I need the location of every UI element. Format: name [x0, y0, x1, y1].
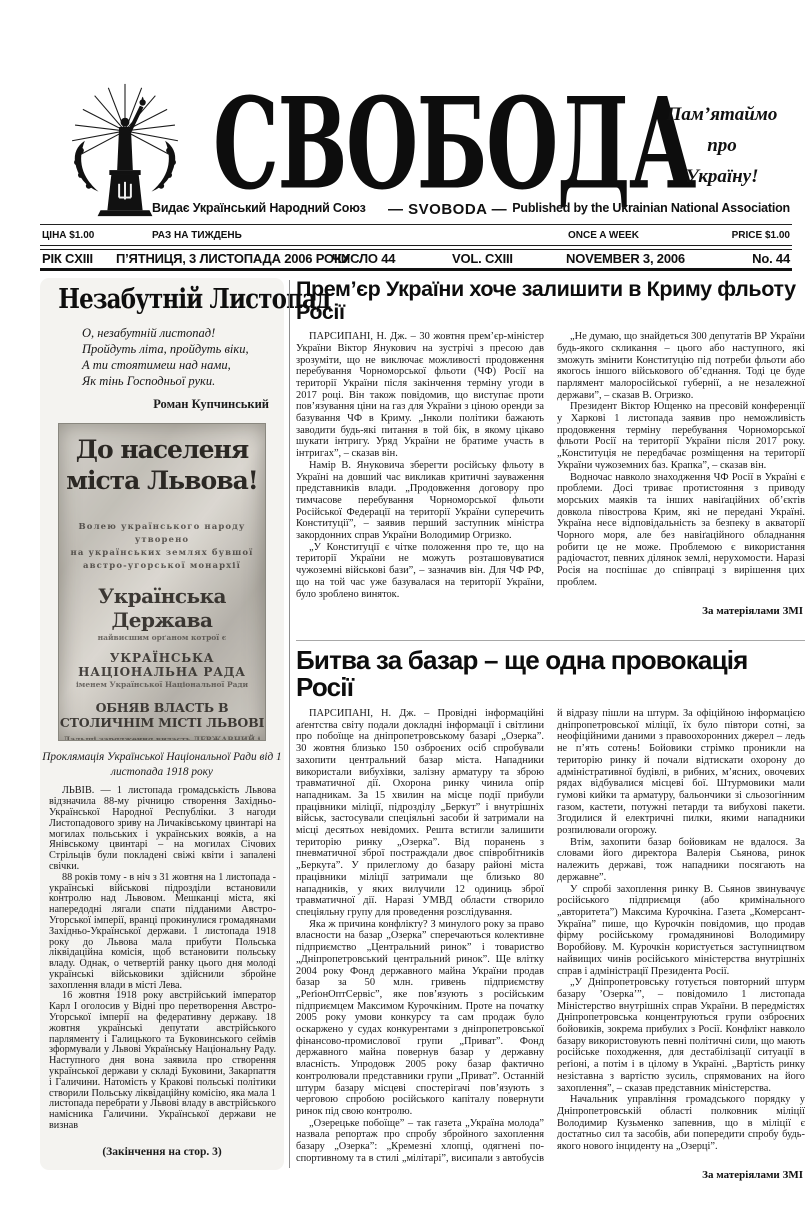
poster-text-line: найвисшим орґаном котрої є — [59, 632, 265, 645]
paragraph: ЛЬВІВ. — 1 листопада громадськість Львов… — [49, 786, 276, 872]
poster-text-line: на українських землях бувшої — [59, 547, 265, 560]
paragraph: Яка ж причина конфлікту? З минулого року… — [296, 919, 544, 1118]
poster-text-line: австро-угорської монархії — [59, 560, 265, 573]
poster-text-line: Волею українського народу утворено — [59, 521, 265, 547]
publisher-ukrainian: Видає Український Народний Союз — [152, 201, 366, 215]
publisher-english: Published by the Ukrainian National Asso… — [512, 201, 790, 215]
poster-text-line: УКРАЇНСЬКА НАЦІОНАЛЬНА РАДА — [59, 651, 265, 679]
poster-text-line: Українська Держава — [59, 584, 265, 632]
paragraph: Начальник управління громадського порядк… — [557, 1094, 805, 1153]
poem-line: А ти стоятимеш над нами, — [82, 357, 284, 373]
poster-text-line: міста Львова! — [59, 467, 265, 496]
article-bazaar-provocation: Битва за базар – ще одна провокація Росі… — [296, 640, 805, 1181]
rule-top — [40, 224, 792, 225]
poster-text-line: Дальші зарядження видасть ДЕРЖАВНИЙ і МІ… — [59, 734, 265, 741]
paragraph: „У Конституції є чітке положення про те,… — [296, 542, 544, 601]
poem-line: Як тінь Господньої руки. — [82, 373, 284, 389]
rule-double — [40, 245, 792, 250]
volume-ukrainian: РІК CXIII — [42, 251, 93, 266]
date-english: NOVEMBER 3, 2006 — [566, 251, 685, 266]
left-article-body: ЛЬВІВ. — 1 листопада громадськість Львов… — [49, 786, 276, 1132]
price-ukrainian: ЦІНА $1.00 — [42, 230, 94, 241]
column-divider — [289, 280, 290, 1168]
article-fleet-crimea: Прем’єр України хоче залишити в Криму фл… — [296, 278, 805, 617]
newspaper-title: СВОБОДА — [213, 82, 695, 207]
date-ukrainian: П’ЯТНИЦЯ, 3 ЛИСТОПАДА 2006 РОКУ — [116, 251, 350, 266]
issue-english: No. 44 — [752, 251, 790, 266]
paragraph: 16 жовтня 1918 року австрійський імперат… — [49, 991, 276, 1131]
paragraph: „Не думаю, що знайдеться 300 депутатів В… — [557, 331, 805, 401]
paragraph: ПАРСИПАНІ, Н. Дж. – 30 жовтня прем’єр-мі… — [296, 331, 544, 460]
article2-body: ПАРСИПАНІ, Н. Дж. – Провідні інформаційн… — [296, 708, 805, 1164]
continued-on-page-note: (Закінчення на стор. 3) — [40, 1146, 284, 1158]
volume-english: VOL. CXIII — [452, 251, 513, 266]
frequency-english: ONCE A WEEK — [568, 230, 639, 241]
newspaper-title-latin: — SVOBODA — — [388, 201, 507, 218]
poem-line: Пройдуть літа, пройдуть віки, — [82, 341, 284, 357]
poem: О, незабутній листопад!Пройдуть літа, пр… — [82, 325, 284, 389]
paragraph: „У Дніпропетровську готується повторний … — [557, 977, 805, 1094]
paragraph: Президент Віктор Ющенко на пресовій конф… — [557, 401, 805, 471]
paragraph: У спробі захоплення ринку В. Сьянов звин… — [557, 884, 805, 978]
article1-source-byline: За матеріялами ЗМІ — [296, 605, 805, 617]
newspaper-front-page: СВОБОДА Пам’ятаймопроУкраїну! Видає Укра… — [0, 0, 810, 1215]
paragraph: Намір В. Януковича зберегти російську фл… — [296, 460, 544, 542]
poster-text-line: ОБНЯВ ВЛАСТЬ В СТОЛИЧНІМ МІСТІ ЛЬВОВІ — [59, 700, 265, 730]
slogan-line: Україну! — [646, 162, 798, 193]
paragraph: Водночас навколо знаходження ЧФ Росії в … — [557, 472, 805, 589]
article2-headline: Битва за базар – ще одна провокація Росі… — [296, 647, 805, 700]
article1-body: ПАРСИПАНІ, Н. Дж. – 30 жовтня прем’єр-мі… — [296, 331, 805, 600]
masthead-slogan: Пам’ятаймопроУкраїну! — [646, 100, 798, 192]
poster-text-line: іменем Української Національної Ради — [59, 679, 265, 692]
poem-author: Роман Купчинський — [40, 397, 284, 412]
paragraph: 88 років тому - в ніч з 31 жовтня на 1 л… — [49, 873, 276, 992]
issue-ukrainian: ЧИСЛО 44 — [332, 251, 395, 266]
left-article-november: Незабутній Листопад О, незабутній листоп… — [40, 278, 284, 1170]
poem-line: О, незабутній листопад! — [82, 325, 284, 341]
left-article-title: Незабутній Листопад — [58, 286, 265, 313]
slogan-line: Пам’ятаймо — [646, 100, 798, 131]
frequency-ukrainian: РАЗ НА ТИЖДЕНЬ — [152, 230, 242, 241]
poster-text-line: До населеня — [59, 434, 265, 467]
poster-caption: Проклямація Української Національної Рад… — [40, 750, 284, 779]
paragraph: ПАРСИПАНІ, Н. Дж. – Провідні інформаційн… — [296, 708, 544, 919]
article2-source-byline: За матеріялами ЗМІ — [296, 1169, 805, 1181]
article1-headline: Прем’єр України хоче залишити в Криму фл… — [296, 278, 805, 323]
rule-thick — [40, 268, 792, 271]
slogan-line: про — [646, 131, 798, 162]
paragraph: Втім, захопити базар бойовикам не вдалос… — [557, 837, 805, 884]
price-english: PRICE $1.00 — [732, 230, 790, 241]
historic-proclamation-poster-image: До населеняміста Львова!Волею українсько… — [58, 423, 266, 741]
